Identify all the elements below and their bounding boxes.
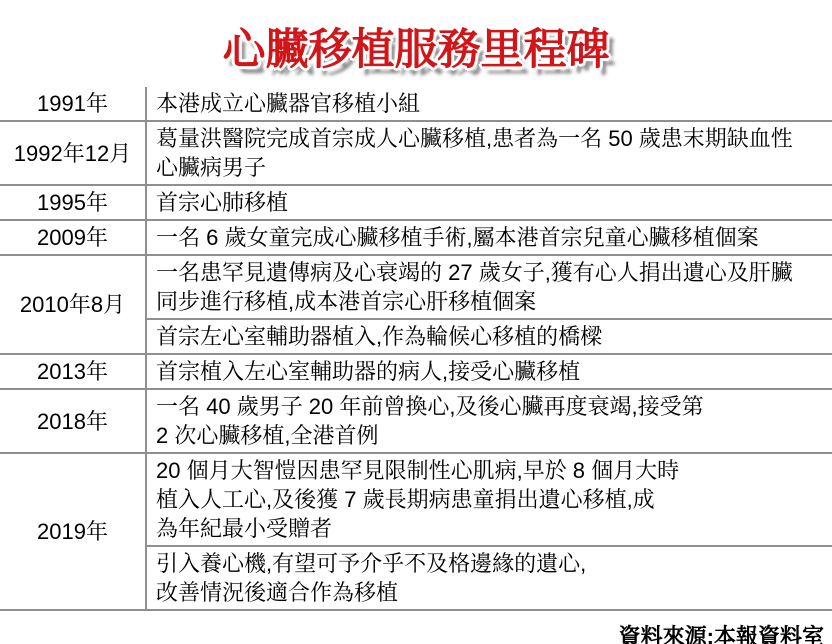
event-cell: 首宗植入左心室輔助器的病人,接受心臟移植	[146, 354, 832, 389]
infographic-page: 心臟移植服務里程碑 1991年 本港成立心臟器官移植小組 1992年12月 葛量…	[0, 0, 832, 644]
table-row: 1992年12月 葛量洪醫院完成首宗成人心臟移植,患者為一名 50 歲患末期缺血…	[0, 121, 832, 185]
date-cell: 2009年	[0, 220, 146, 255]
event-cell: 葛量洪醫院完成首宗成人心臟移植,患者為一名 50 歲患末期缺血性 心臟病男子	[146, 121, 832, 185]
milestones-table: 1991年 本港成立心臟器官移植小組 1992年12月 葛量洪醫院完成首宗成人心…	[0, 87, 832, 611]
date-cell: 1991年	[0, 87, 146, 121]
table-row: 2018年 一名 40 歲男子 20 年前曾換心,及後心臟再度衰竭,接受第 2 …	[0, 389, 832, 453]
event-cell: 首宗心肺移植	[146, 185, 832, 220]
date-cell: 2010年8月	[0, 255, 146, 354]
event-cell: 20 個月大智愷因患罕見限制性心肌病,早於 8 個月大時 植入人工心,及後獲 7…	[146, 453, 832, 546]
table-row: 1991年 本港成立心臟器官移植小組	[0, 87, 832, 121]
page-title: 心臟移植服務里程碑	[0, 16, 832, 77]
table-row: 1995年 首宗心肺移植	[0, 185, 832, 220]
date-cell: 2018年	[0, 389, 146, 453]
event-cell: 一名 40 歲男子 20 年前曾換心,及後心臟再度衰竭,接受第 2 次心臟移植,…	[146, 389, 832, 453]
table-row: 2009年 一名 6 歲女童完成心臟移植手術,屬本港首宗兒童心臟移植個案	[0, 220, 832, 255]
event-cell: 本港成立心臟器官移植小組	[146, 87, 832, 121]
event-cell: 首宗左心室輔助器植入,作為輪候心移植的橋樑	[146, 319, 832, 354]
event-cell: 引入養心機,有望可予介乎不及格邊緣的遺心, 改善情況後適合作為移植	[146, 546, 832, 610]
table-row: 2010年8月 一名患罕見遺傳病及心衰竭的 27 歲女子,獲有心人捐出遺心及肝臟…	[0, 255, 832, 319]
event-cell: 一名患罕見遺傳病及心衰竭的 27 歲女子,獲有心人捐出遺心及肝臟 同步進行移植,…	[146, 255, 832, 319]
date-cell: 1992年12月	[0, 121, 146, 185]
event-cell: 一名 6 歲女童完成心臟移植手術,屬本港首宗兒童心臟移植個案	[146, 220, 832, 255]
table-row: 2013年 首宗植入左心室輔助器的病人,接受心臟移植	[0, 354, 832, 389]
source-note: 資料來源:本報資料室	[0, 620, 832, 644]
date-cell: 1995年	[0, 185, 146, 220]
table-row: 2019年 20 個月大智愷因患罕見限制性心肌病,早於 8 個月大時 植入人工心…	[0, 453, 832, 546]
date-cell: 2019年	[0, 453, 146, 610]
date-cell: 2013年	[0, 354, 146, 389]
